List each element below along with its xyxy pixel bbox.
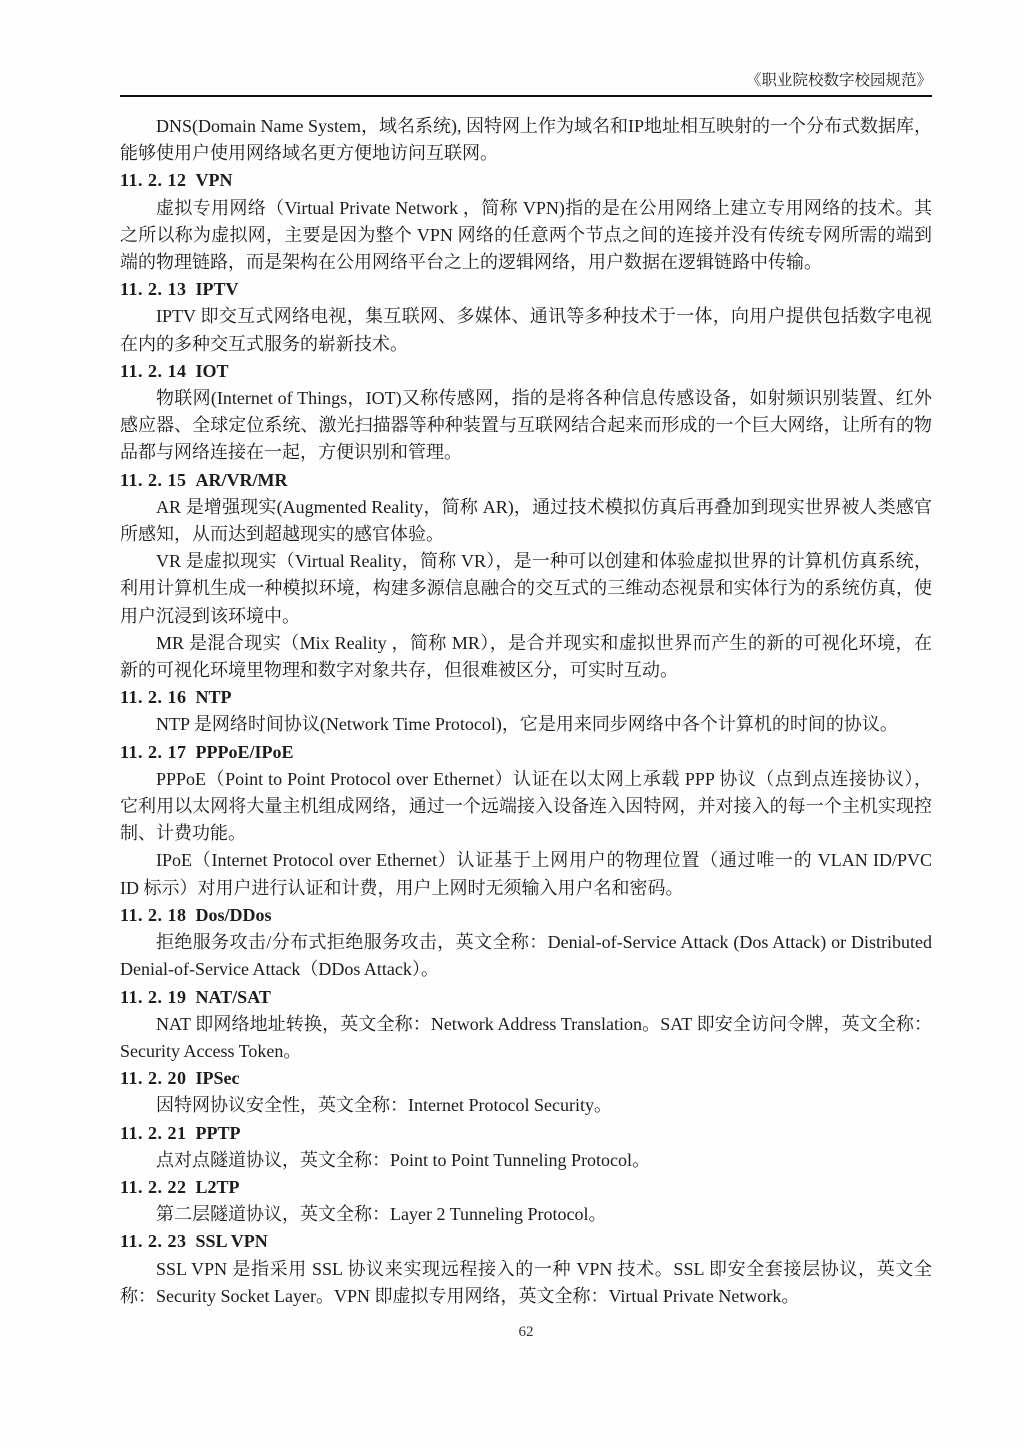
document-page: 《职业院校数字校园规范》 DNS(Domain Name System，域名系统… <box>0 0 1024 1448</box>
page-header: 《职业院校数字校园规范》 <box>120 70 932 97</box>
section-heading: 11. 2. 12VPN <box>120 167 932 194</box>
heading-number: 11. 2. 19 <box>120 987 187 1007</box>
section-heading: 11. 2. 18Dos/DDos <box>120 902 932 929</box>
heading-number: 11. 2. 23 <box>120 1231 187 1251</box>
heading-title: Dos/DDos <box>196 905 272 925</box>
heading-number: 11. 2. 16 <box>120 687 187 707</box>
heading-number: 11. 2. 14 <box>120 361 187 381</box>
section-heading: 11. 2. 19NAT/SAT <box>120 984 932 1011</box>
heading-number: 11. 2. 13 <box>120 279 187 299</box>
heading-number: 11. 2. 18 <box>120 905 187 925</box>
paragraph: PPPoE（Point to Point Protocol over Ether… <box>120 766 932 848</box>
paragraph: NTP 是网络时间协议(Network Time Protocol)，它是用来同… <box>120 711 932 738</box>
heading-number: 11. 2. 21 <box>120 1123 187 1143</box>
section-heading: 11. 2. 14IOT <box>120 358 932 385</box>
heading-title: AR/VR/MR <box>196 470 288 490</box>
heading-number: 11. 2. 12 <box>120 170 187 190</box>
header-title: 《职业院校数字校园规范》 <box>120 70 932 92</box>
heading-title: IPTV <box>196 279 239 299</box>
section-heading: 11. 2. 20IPSec <box>120 1065 932 1092</box>
heading-number: 11. 2. 15 <box>120 470 187 490</box>
heading-number: 11. 2. 20 <box>120 1068 187 1088</box>
heading-title: NAT/SAT <box>196 987 271 1007</box>
document-body: DNS(Domain Name System，域名系统), 因特网上作为域名和I… <box>120 113 932 1310</box>
section-heading: 11. 2. 23SSL VPN <box>120 1228 932 1255</box>
paragraph: VR 是虚拟现实（Virtual Reality，简称 VR），是一种可以创建和… <box>120 548 932 630</box>
paragraph: 第二层隧道协议，英文全称：Layer 2 Tunneling Protocol。 <box>120 1201 932 1228</box>
paragraph: NAT 即网络地址转换，英文全称：Network Address Transla… <box>120 1011 932 1065</box>
paragraph: DNS(Domain Name System，域名系统), 因特网上作为域名和I… <box>120 113 932 167</box>
section-heading: 11. 2. 17PPPoE/IPoE <box>120 739 932 766</box>
heading-title: PPTP <box>196 1123 241 1143</box>
paragraph: MR 是混合现实（Mix Reality ，简称 MR），是合并现实和虚拟世界而… <box>120 630 932 684</box>
paragraph: IPTV 即交互式网络电视，集互联网、多媒体、通讯等多种技术于一体，向用户提供包… <box>120 303 932 357</box>
section-heading: 11. 2. 16NTP <box>120 684 932 711</box>
heading-title: NTP <box>196 687 232 707</box>
section-heading: 11. 2. 21PPTP <box>120 1120 932 1147</box>
paragraph: 点对点隧道协议，英文全称：Point to Point Tunneling Pr… <box>120 1147 932 1174</box>
section-heading: 11. 2. 13IPTV <box>120 276 932 303</box>
heading-number: 11. 2. 17 <box>120 742 187 762</box>
heading-title: PPPoE/IPoE <box>196 742 294 762</box>
paragraph: 虚拟专用网络（Virtual Private Network ，简称 VPN)指… <box>120 195 932 277</box>
paragraph: 物联网(Internet of Things，IOT)又称传感网，指的是将各种信… <box>120 385 932 467</box>
heading-number: 11. 2. 22 <box>120 1177 187 1197</box>
page-number: 62 <box>519 1324 534 1340</box>
paragraph: 拒绝服务攻击/分布式拒绝服务攻击，英文全称：Denial-of-Service … <box>120 929 932 983</box>
section-heading: 11. 2. 22L2TP <box>120 1174 932 1201</box>
section-heading: 11. 2. 15AR/VR/MR <box>120 467 932 494</box>
heading-title: L2TP <box>196 1177 240 1197</box>
header-rule <box>120 95 932 97</box>
paragraph: AR 是增强现实(Augmented Reality，简称 AR)，通过技术模拟… <box>120 494 932 548</box>
heading-title: VPN <box>196 170 233 190</box>
paragraph: 因特网协议安全性，英文全称：Internet Protocol Security… <box>120 1092 932 1119</box>
heading-title: IPSec <box>196 1068 240 1088</box>
page-footer: 62 <box>120 1324 932 1341</box>
heading-title: IOT <box>196 361 229 381</box>
heading-title: SSL VPN <box>196 1231 268 1251</box>
paragraph: IPoE（Internet Protocol over Ethernet）认证基… <box>120 847 932 901</box>
paragraph: SSL VPN 是指采用 SSL 协议来实现远程接入的一种 VPN 技术。SSL… <box>120 1256 932 1310</box>
